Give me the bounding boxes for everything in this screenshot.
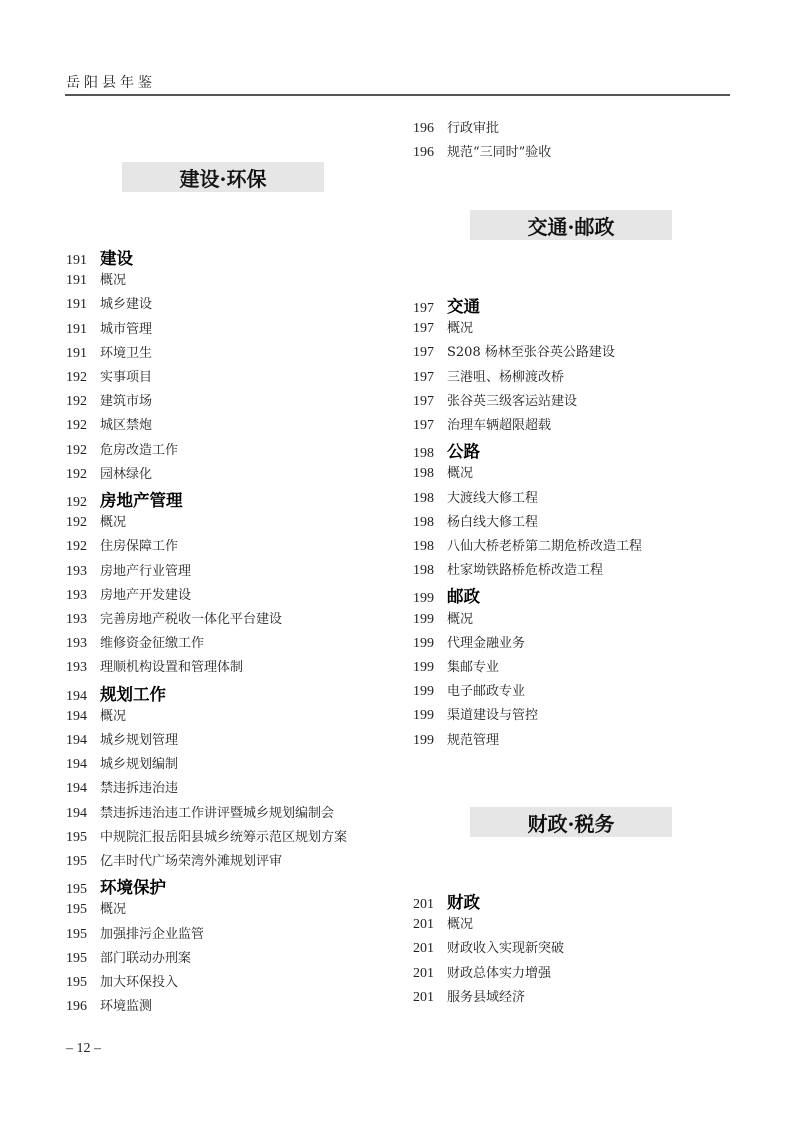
toc-entry-title: 加强排污企业监管 [100,923,204,942]
toc-entry-title: 服务县域经济 [447,986,525,1005]
toc-entry-title: 加大环保投入 [100,971,178,990]
toc-page-number: 192 [66,370,100,386]
toc-entry-title: 规范“三同时”验收 [447,141,551,160]
toc-entry-title: 规范管理 [447,729,499,748]
toc-entry-title: 城区禁炮 [100,414,152,433]
toc-page-number: 199 [413,733,447,749]
toc-entry-title: 概况 [447,462,473,481]
toc-entry[interactable]: 199渠道建设与管控 [413,704,538,724]
toc-section-heading[interactable]: 194规划工作 [66,681,166,705]
toc-section-heading[interactable]: 192房地产管理 [66,487,183,511]
header-rule [65,94,730,96]
toc-entry[interactable]: 196规范“三同时”验收 [413,141,551,161]
toc-page-number: 195 [66,830,100,846]
toc-page-number: 195 [66,951,100,967]
toc-page-number: 194 [66,709,100,725]
toc-entry-title: 公路 [447,438,480,462]
toc-entry[interactable]: 193理顺机构设置和管理体制 [66,656,243,676]
toc-page-number: 195 [66,975,100,991]
toc-page-number: 199 [413,660,447,676]
toc-entry[interactable]: 196环境监测 [66,995,152,1015]
toc-entry[interactable]: 201财政收入实现新突破 [413,937,564,957]
toc-entry-title: 建筑市场 [100,390,152,409]
toc-page-number: 193 [66,636,100,652]
toc-entry[interactable]: 192危房改造工作 [66,439,178,459]
toc-entry[interactable]: 198八仙大桥老桥第二期危桥改造工程 [413,535,642,555]
toc-page-number: 195 [66,927,100,943]
toc-section-heading[interactable]: 197交通 [413,293,480,317]
toc-section-heading[interactable]: 195环境保护 [66,874,166,898]
toc-page-number: 198 [413,491,447,507]
toc-entry[interactable]: 192城区禁炮 [66,414,152,434]
toc-entry-title: 禁违拆违治违 [100,777,178,796]
toc-page-number: 195 [66,854,100,870]
toc-entry[interactable]: 195加强排污企业监管 [66,923,204,943]
toc-page-number: 198 [413,515,447,531]
toc-entry-title: 八仙大桥老桥第二期危桥改造工程 [447,535,642,554]
toc-entry[interactable]: 191概况 [66,269,126,289]
toc-entry[interactable]: 199电子邮政专业 [413,680,525,700]
toc-entry[interactable]: 197概况 [413,317,473,337]
toc-page-number: 194 [66,757,100,773]
toc-entry-title: 邮政 [447,583,480,607]
toc-entry-title: 房地产开发建设 [100,584,191,603]
toc-entry[interactable]: 196行政审批 [413,117,499,137]
toc-page-number: 199 [413,591,447,607]
toc-entry[interactable]: 197治理车辆超限超载 [413,414,551,434]
toc-page-number: 196 [66,999,100,1015]
toc-entry[interactable]: 192实事项目 [66,366,152,386]
toc-entry-title: 完善房地产税收一体化平台建设 [100,608,282,627]
toc-page-number: 199 [413,708,447,724]
toc-page-number: 197 [413,321,447,337]
toc-page-number: 198 [413,446,447,462]
toc-page-number: 193 [66,660,100,676]
toc-entry[interactable]: 194城乡规划编制 [66,753,178,773]
toc-entry[interactable]: 194禁违拆违治违工作讲评暨城乡规划编制会 [66,802,334,822]
toc-entry-title: 行政审批 [447,117,499,136]
toc-page-number: 194 [66,806,100,822]
page-number: – 12 – [66,1041,101,1057]
toc-page-number: 192 [66,394,100,410]
toc-page-number: 196 [413,145,447,161]
toc-entry-title: 理顺机构设置和管理体制 [100,656,243,675]
toc-page-number: 195 [66,882,100,898]
toc-entry-title: 建设 [100,245,133,269]
toc-page-number: 199 [413,684,447,700]
toc-entry-title: 房地产管理 [100,487,183,511]
toc-page-number: 198 [413,563,447,579]
toc-page-number: 199 [413,636,447,652]
toc-page-number: 198 [413,539,447,555]
toc-entry[interactable]: 198概况 [413,462,473,482]
toc-entry-title: 电子邮政专业 [447,680,525,699]
toc-entry-title: 概况 [100,898,126,917]
toc-entry-title: 渠道建设与管控 [447,704,538,723]
toc-entry-title: 概况 [100,269,126,288]
toc-page-number: 191 [66,346,100,362]
toc-page-number: 193 [66,564,100,580]
toc-entry[interactable]: 195概况 [66,898,126,918]
toc-entry[interactable]: 201概况 [413,913,473,933]
toc-entry-title: 交通 [447,293,480,317]
toc-entry[interactable]: 198杨白线大修工程 [413,511,538,531]
toc-page-number: 192 [66,539,100,555]
toc-entry-title: 维修资金征缴工作 [100,632,204,651]
toc-entry[interactable]: 191城市管理 [66,318,152,338]
toc-entry-title: 财政总体实力增强 [447,962,551,981]
section-banner-transport: 交通·邮政 [470,210,672,240]
toc-entry-title: 规划工作 [100,681,166,705]
toc-entry[interactable]: 191环境卫生 [66,342,152,362]
toc-entry[interactable]: 194禁违拆违治违 [66,777,178,797]
toc-entry[interactable]: 195加大环保投入 [66,971,178,991]
toc-entry-title: 财政收入实现新突破 [447,937,564,956]
toc-page-number: 194 [66,733,100,749]
toc-section-heading[interactable]: 198公路 [413,438,480,462]
toc-page-number: 193 [66,588,100,604]
toc-entry[interactable]: 192概况 [66,511,126,531]
toc-entry[interactable]: 199概况 [413,608,473,628]
toc-entry-title: 概况 [100,511,126,530]
toc-entry[interactable]: 193维修资金征缴工作 [66,632,204,652]
toc-page-number: 199 [413,612,447,628]
toc-page-number: 196 [413,121,447,137]
toc-entry-title: 环境保护 [100,874,166,898]
toc-entry-title: 环境监测 [100,995,152,1014]
toc-entry[interactable]: 195亿丰时代广场荣湾外滩规划评审 [66,850,282,870]
toc-entry[interactable]: 199代理金融业务 [413,632,525,652]
toc-entry-title: 住房保障工作 [100,535,178,554]
toc-page-number: 194 [66,781,100,797]
toc-page-number: 197 [413,301,447,317]
toc-entry[interactable]: 193房地产行业管理 [66,560,191,580]
running-head-title: 岳阳县年鉴 [66,72,156,92]
toc-section-heading[interactable]: 191建设 [66,245,133,269]
toc-page-number: 192 [66,515,100,531]
toc-page-number: 191 [66,253,100,269]
toc-entry[interactable]: 194概况 [66,705,126,725]
toc-entry-title: 环境卫生 [100,342,152,361]
toc-entry[interactable]: 197S208 杨林至张谷英公路建设 [413,341,615,361]
toc-entry[interactable]: 191城乡建设 [66,293,152,313]
toc-page-number: 191 [66,297,100,313]
toc-entry-title: 概况 [447,913,473,932]
toc-entry[interactable]: 201服务县域经济 [413,986,525,1006]
toc-entry[interactable]: 192园林绿化 [66,463,152,483]
toc-entry-title: 杜家坳铁路桥危桥改造工程 [447,559,603,578]
toc-entry-title: 三港咀、杨柳渡改桥 [447,366,564,385]
toc-page-number: 191 [66,322,100,338]
toc-page-number: 191 [66,273,100,289]
toc-entry[interactable]: 199集邮专业 [413,656,499,676]
toc-entry-title: 财政 [447,889,480,913]
toc-entry[interactable]: 195中规院汇报岳阳县城乡统筹示范区规划方案 [66,826,347,846]
toc-page-number: 197 [413,418,447,434]
toc-entry-title: 城乡规划管理 [100,729,178,748]
toc-page-number: 197 [413,394,447,410]
toc-page-number: 201 [413,990,447,1006]
toc-entry-title: 治理车辆超限超载 [447,414,551,433]
toc-entry-title: 概况 [447,608,473,627]
toc-entry-title: 概况 [100,705,126,724]
toc-entry[interactable]: 192住房保障工作 [66,535,178,555]
toc-page-number: 192 [66,495,100,511]
toc-entry-title: 危房改造工作 [100,439,178,458]
toc-page-number: 192 [66,443,100,459]
toc-entry-title: 禁违拆违治违工作讲评暨城乡规划编制会 [100,802,334,821]
toc-entry-title: 概况 [447,317,473,336]
toc-page-number: 197 [413,370,447,386]
toc-entry-title: 集邮专业 [447,656,499,675]
toc-page-number: 192 [66,467,100,483]
toc-entry-title: S208 杨林至张谷英公路建设 [447,341,615,360]
toc-entry-title: 园林绿化 [100,463,152,482]
toc-page-number: 201 [413,897,447,913]
section-banner-construction: 建设·环保 [122,162,324,192]
section-banner-finance: 财政·税务 [470,807,672,837]
toc-entry-title: 代理金融业务 [447,632,525,651]
toc-page-number: 201 [413,966,447,982]
toc-page-number: 198 [413,466,447,482]
toc-entry[interactable]: 195部门联动办刑案 [66,947,191,967]
toc-page-number: 195 [66,902,100,918]
toc-entry[interactable]: 194城乡规划管理 [66,729,178,749]
toc-entry-title: 实事项目 [100,366,152,385]
toc-entry[interactable]: 193房地产开发建设 [66,584,191,604]
toc-entry[interactable]: 199规范管理 [413,729,499,749]
toc-entry[interactable]: 201财政总体实力增强 [413,962,551,982]
toc-entry-title: 张谷英三级客运站建设 [447,390,577,409]
toc-entry-title: 中规院汇报岳阳县城乡统筹示范区规划方案 [100,826,347,845]
toc-entry[interactable]: 198大渡线大修工程 [413,487,538,507]
toc-entry-title: 部门联动办刑案 [100,947,191,966]
toc-entry-title: 大渡线大修工程 [447,487,538,506]
toc-entry[interactable]: 197张谷英三级客运站建设 [413,390,577,410]
toc-entry[interactable]: 198杜家坳铁路桥危桥改造工程 [413,559,603,579]
toc-entry[interactable]: 197三港咀、杨柳渡改桥 [413,366,564,386]
toc-section-heading[interactable]: 201财政 [413,889,480,913]
toc-page-number: 193 [66,612,100,628]
toc-section-heading[interactable]: 199邮政 [413,583,480,607]
toc-entry-title: 城市管理 [100,318,152,337]
toc-page-number: 192 [66,418,100,434]
toc-entry-title: 房地产行业管理 [100,560,191,579]
toc-page-number: 201 [413,941,447,957]
toc-page-number: 201 [413,917,447,933]
toc-entry-title: 城乡规划编制 [100,753,178,772]
toc-entry-title: 亿丰时代广场荣湾外滩规划评审 [100,850,282,869]
toc-entry-title: 城乡建设 [100,293,152,312]
toc-page-number: 197 [413,345,447,361]
toc-page-number: 194 [66,689,100,705]
toc-entry[interactable]: 193完善房地产税收一体化平台建设 [66,608,282,628]
toc-entry-title: 杨白线大修工程 [447,511,538,530]
toc-entry[interactable]: 192建筑市场 [66,390,152,410]
